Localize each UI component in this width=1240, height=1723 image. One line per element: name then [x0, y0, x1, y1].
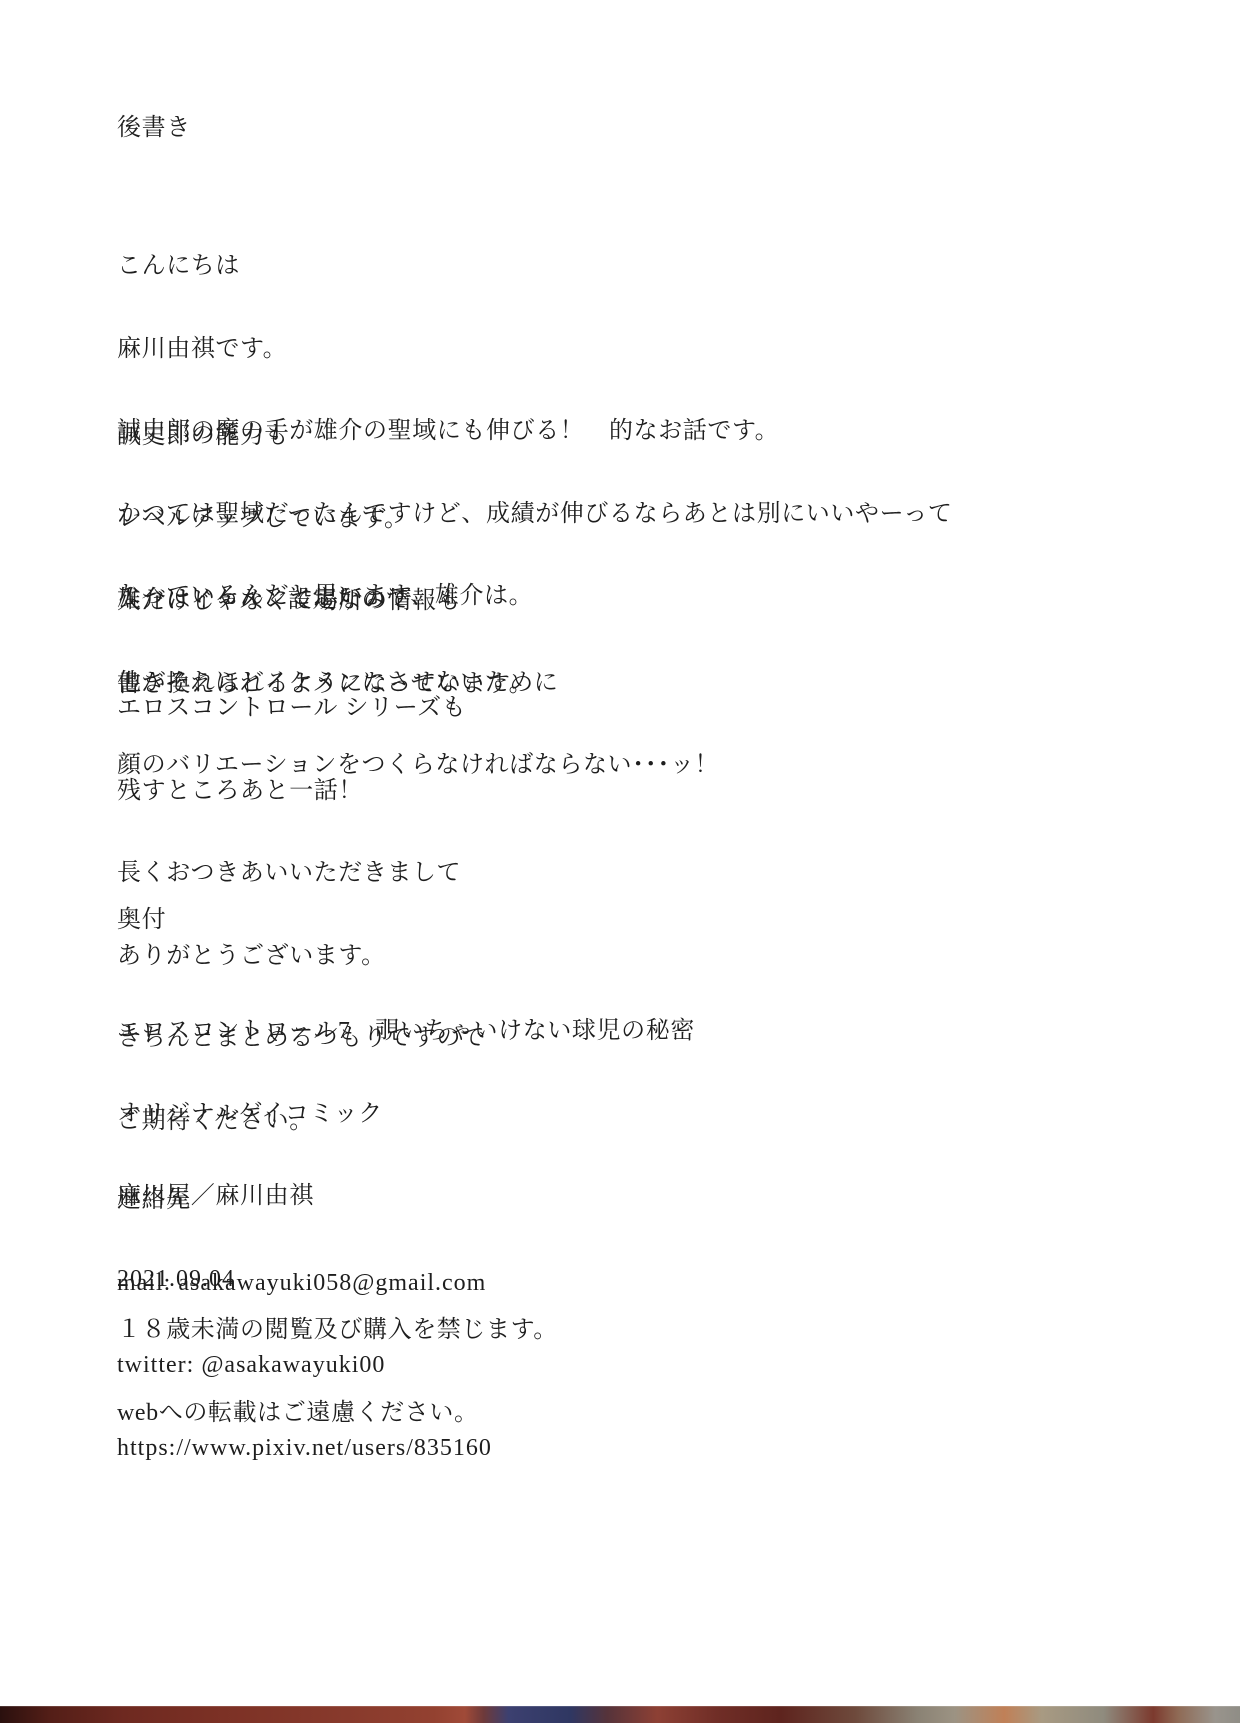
notice-line: webへの転載はご遠慮ください。 [117, 1400, 558, 1428]
text-line: 雄介はイケメン設定なので [117, 587, 719, 615]
text-line: 麻川由祺です。 [117, 336, 952, 364]
text-line: 残すところあと一話！ [117, 778, 486, 806]
work-title-line: エロスコントロール7 覗いちゃいけない球児の秘密 [117, 1018, 695, 1046]
notice-line: １８歳未満の閲覧及び購入を禁じます。 [117, 1317, 558, 1345]
text-line: 長くおつきあいいただきまして [117, 860, 486, 888]
colophon-heading: 奥付 [117, 907, 166, 935]
contact-heading: 連絡先 [117, 1187, 492, 1215]
age-restriction-notice: １８歳未満の閲覧及び購入を禁じます。 webへの転載はご遠慮ください。 [117, 1262, 558, 1482]
text-line: こんにちは [117, 253, 952, 281]
text-line: レベルアップしています。 [117, 506, 533, 534]
text-line: 誠史郎の能力も [117, 423, 533, 451]
text-line: エロスコントロール シリーズも [117, 695, 486, 723]
afterword-heading: 後書き [117, 115, 191, 143]
next-page-image-strip [0, 1706, 1240, 1723]
afterword-page: 後書き こんにちは 麻川由祺です。 誠史郎の魔の手が雄介の聖域にも伸びる！ 的な… [0, 0, 1240, 1723]
work-genre-line: オリジナルゲイコミック [117, 1101, 695, 1129]
